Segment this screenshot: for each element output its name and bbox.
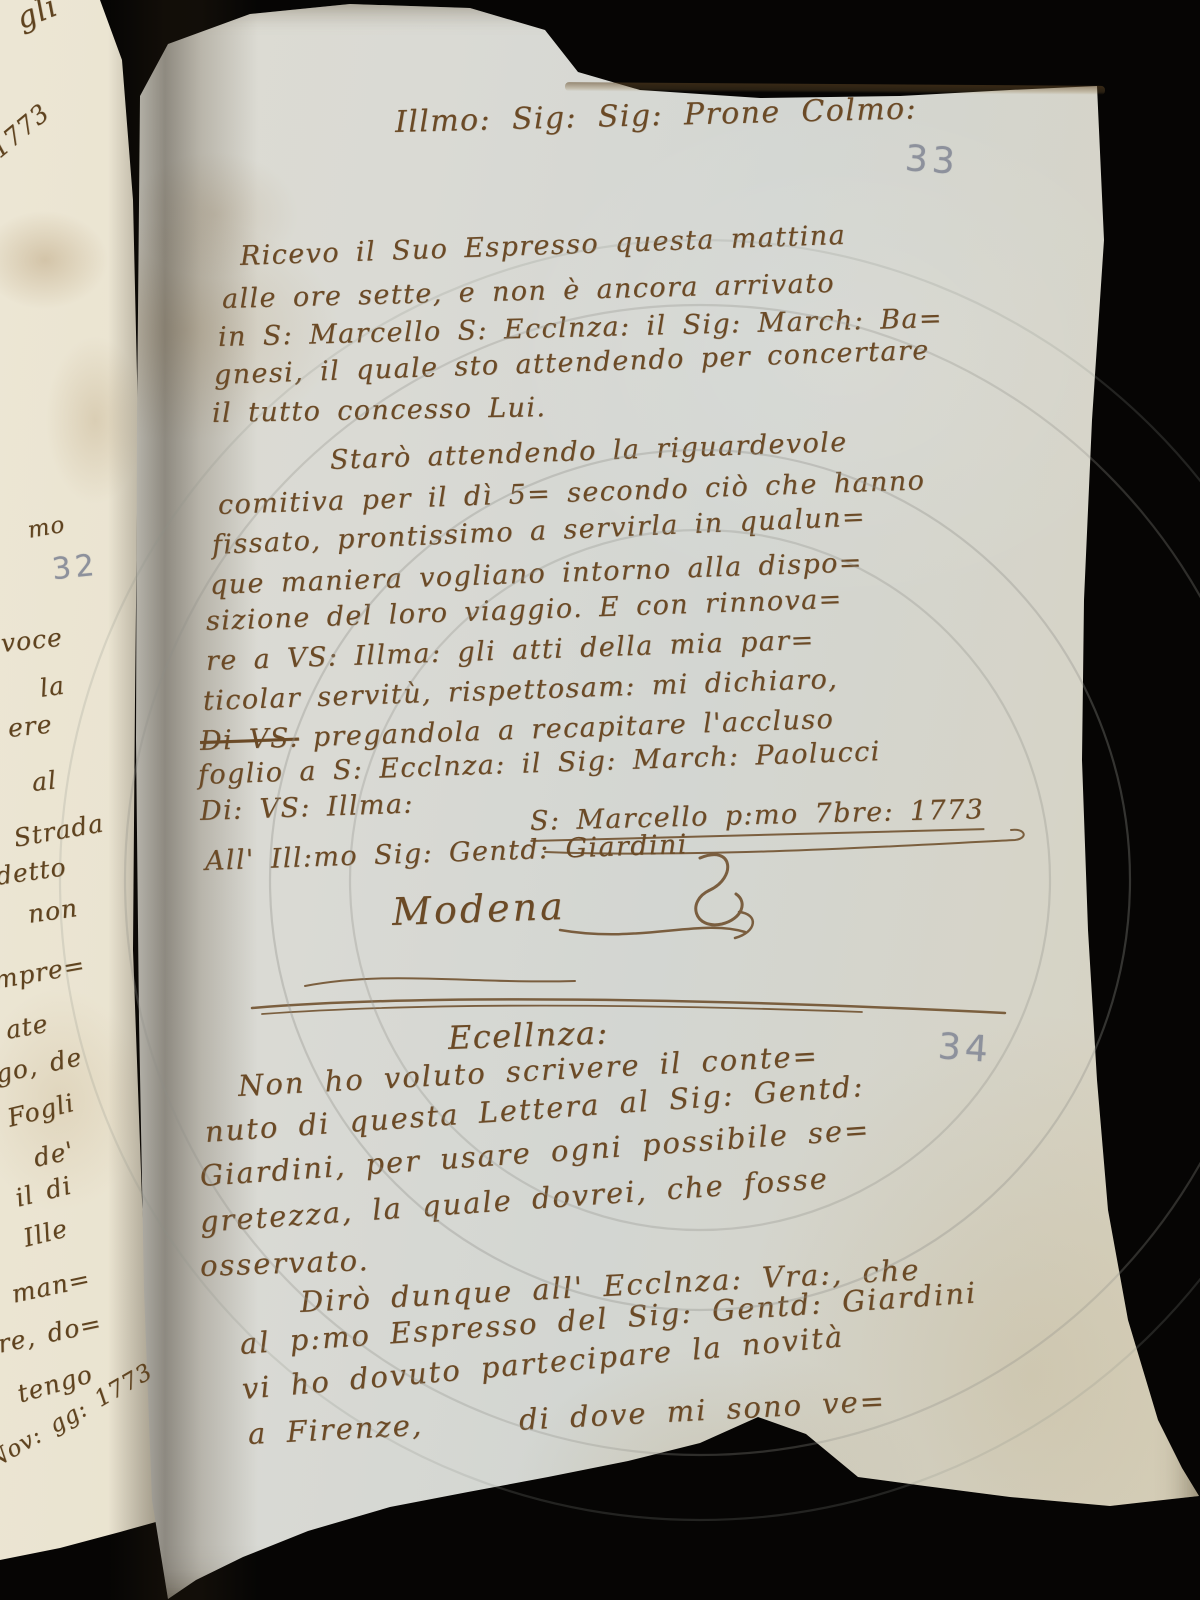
left-fragment: ere [7,711,54,741]
left-fragment: la [38,673,66,701]
left-fragment: al [31,767,58,794]
left-fragment: non [26,895,79,927]
manuscript-photo: gli 1773 mo 32 ivoce la ere al Strada de… [0,0,1200,1600]
left-fragment: ate [4,1011,50,1043]
left-fragment: ivoce [0,625,64,657]
page-number-33: 33 [904,138,961,183]
address-city: Modena [391,887,566,931]
page-number-34: 34 [937,1026,994,1071]
letter2-heading: Ecellnza: [447,1016,609,1054]
page-number-32: 32 [50,548,100,588]
manuscript-line: il tutto concesso Lui. [212,394,547,427]
manuscript-line: Di: VS: Illma: [200,791,415,825]
struck-text: Di VS. [199,723,299,757]
manuscript-line: osservato. [199,1246,370,1281]
